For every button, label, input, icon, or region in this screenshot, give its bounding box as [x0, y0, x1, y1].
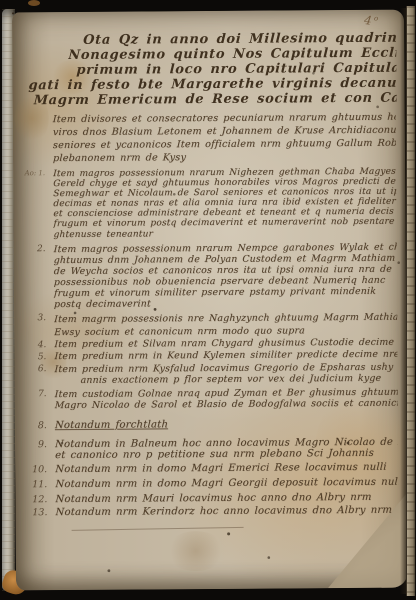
entry-lines: Item magros possessionum nrarum Nighezen… — [53, 167, 396, 240]
entry-5: 5.Item predium nrm in Keund Kylemen simi… — [22, 350, 397, 363]
entry-lines: Item magros possessionum nrarum Nempce g… — [54, 242, 397, 310]
margin-number: 11. — [23, 479, 55, 490]
entry-preamble: Item divisores et consecratores pecuniar… — [21, 111, 396, 166]
margin-number: 9. — [23, 439, 55, 450]
facing-page-edge — [406, 6, 415, 596]
entry-lines: Notandum nrm Mauri locavimus hoc anno dn… — [55, 492, 398, 506]
manuscript-line: Item predium nrm in Keund Kylemen simili… — [54, 350, 397, 363]
entry-lines: Item divisores et consecratores pecuniar… — [53, 111, 396, 165]
entry-6: 6.Item predium nrm Kysfalud locavimus Gr… — [22, 362, 397, 387]
manuscript-line: Notandum nrm in domo Magri Emerici Rese … — [55, 462, 399, 476]
margin-number: 3. — [22, 313, 54, 323]
binding-speck — [28, 0, 40, 6]
entry-4: 4.Item predium et Silvam nram Chygard gh… — [22, 338, 397, 351]
entry-lines: Notandum in Balneum hoc anno locavimus M… — [55, 437, 398, 461]
entry-lines: Item custodiam Golnae nraq apud Zyman et… — [55, 387, 398, 411]
entry-7: 7.Item custodiam Golnae nraq apud Zyman … — [23, 387, 398, 412]
heading-block: Ota Qz in anno doi Millesimo quadringeNo… — [28, 31, 397, 109]
margin-number: 7. — [23, 389, 55, 399]
margin-number: 8. — [23, 420, 55, 431]
manuscript-text: 4o Ota Qz in anno doi Millesimo quadring… — [12, 10, 408, 591]
manuscript-line: Notandum nrm Kerindorz hoc anno locavimu… — [55, 505, 399, 519]
entry-13: 13.Notandum nrm Kerindorz hoc anno locav… — [23, 505, 398, 520]
margin-number: 10. — [23, 464, 55, 475]
folio-digit: 4 — [363, 13, 372, 28]
entry-10: 10.Notandum nrm in domo Magri Emerici Re… — [23, 462, 398, 477]
entry-Ao1: Ao: 1.Item magros possessionum nrarum Ni… — [21, 167, 396, 240]
entry-lines: Notandum nrm in domo Magri Emerici Rese … — [55, 462, 398, 476]
manuscript-line: ghtenusse teneantur — [53, 227, 396, 239]
manuscript-line: plebanonem nrm de Kysy — [53, 150, 397, 165]
entries-block: Item divisores et consecratores pecuniar… — [12, 10, 404, 13]
entry-lines: Item predium et Silvam nram Chygard ghus… — [54, 338, 397, 351]
entry-lines: Item magrm possessionis nre Naghyzynch g… — [54, 311, 397, 339]
manuscript-line: annis exactionem p flor septem vor vex d… — [80, 373, 397, 386]
margin-number: Ao: 1. — [21, 169, 53, 177]
entry-2: 2.Item magros possessionum nrarum Nempce… — [22, 242, 397, 311]
margin-number: 2. — [22, 244, 54, 254]
manuscript-line: Notandum nrm Mauri locavimus hoc anno dn… — [55, 492, 399, 506]
entry-lines: Item predium nrm Kysfalud locavimus Greg… — [54, 362, 397, 386]
manuscript-line: Ewsy socium et canonicum nrm modo quo su… — [54, 324, 398, 339]
margin-number: 5. — [22, 352, 54, 362]
entry-lines: Notandum nrm Kerindorz hoc anno locavimu… — [55, 505, 398, 519]
entry-lines: Notandum forchtlath — [55, 418, 398, 432]
entry-lines: Item predium nrm in Keund Kylemen simili… — [54, 350, 397, 363]
manuscript-line: Magro Nicolao de Sarol et Blasio de Bodo… — [54, 398, 397, 411]
parchment-page: 4o Ota Qz in anno doi Millesimo quadring… — [12, 10, 408, 591]
manuscript-line: Notandum forchtlath — [55, 418, 399, 432]
manuscript-line: Notandum nrm in domo Magri Georgii depos… — [55, 477, 399, 491]
margin-number: 12. — [23, 494, 55, 505]
margin-number: 6. — [22, 364, 54, 374]
manuscript-line: et canonico nro p petitione sua nrm pleb… — [55, 448, 398, 461]
manuscript-photo: 4o Ota Qz in anno doi Millesimo quadring… — [0, 0, 416, 600]
manuscript-line: Item predium et Silvam nram Chygard ghus… — [54, 338, 397, 351]
entry-8: 8.Notandum forchtlath — [23, 418, 398, 433]
folio-superscript: o — [374, 14, 379, 22]
manuscript-line: postq decimaverint — [54, 297, 397, 310]
margin-number: 4. — [22, 340, 54, 350]
entry-11: 11.Notandum nrm in domo Magri Georgii de… — [23, 477, 398, 492]
entry-9: 9.Notandum in Balneum hoc anno locavimus… — [23, 437, 398, 462]
heading-line: Magrm Emericum de Rese socium et con Can… — [33, 91, 397, 109]
folio-number: 4o — [363, 13, 379, 29]
entry-lines: Notandum nrm in domo Magri Georgii depos… — [55, 477, 398, 491]
entry-3: 3.Item magrm possessionis nre Naghyzynch… — [22, 311, 397, 340]
margin-number: 13. — [23, 507, 55, 518]
